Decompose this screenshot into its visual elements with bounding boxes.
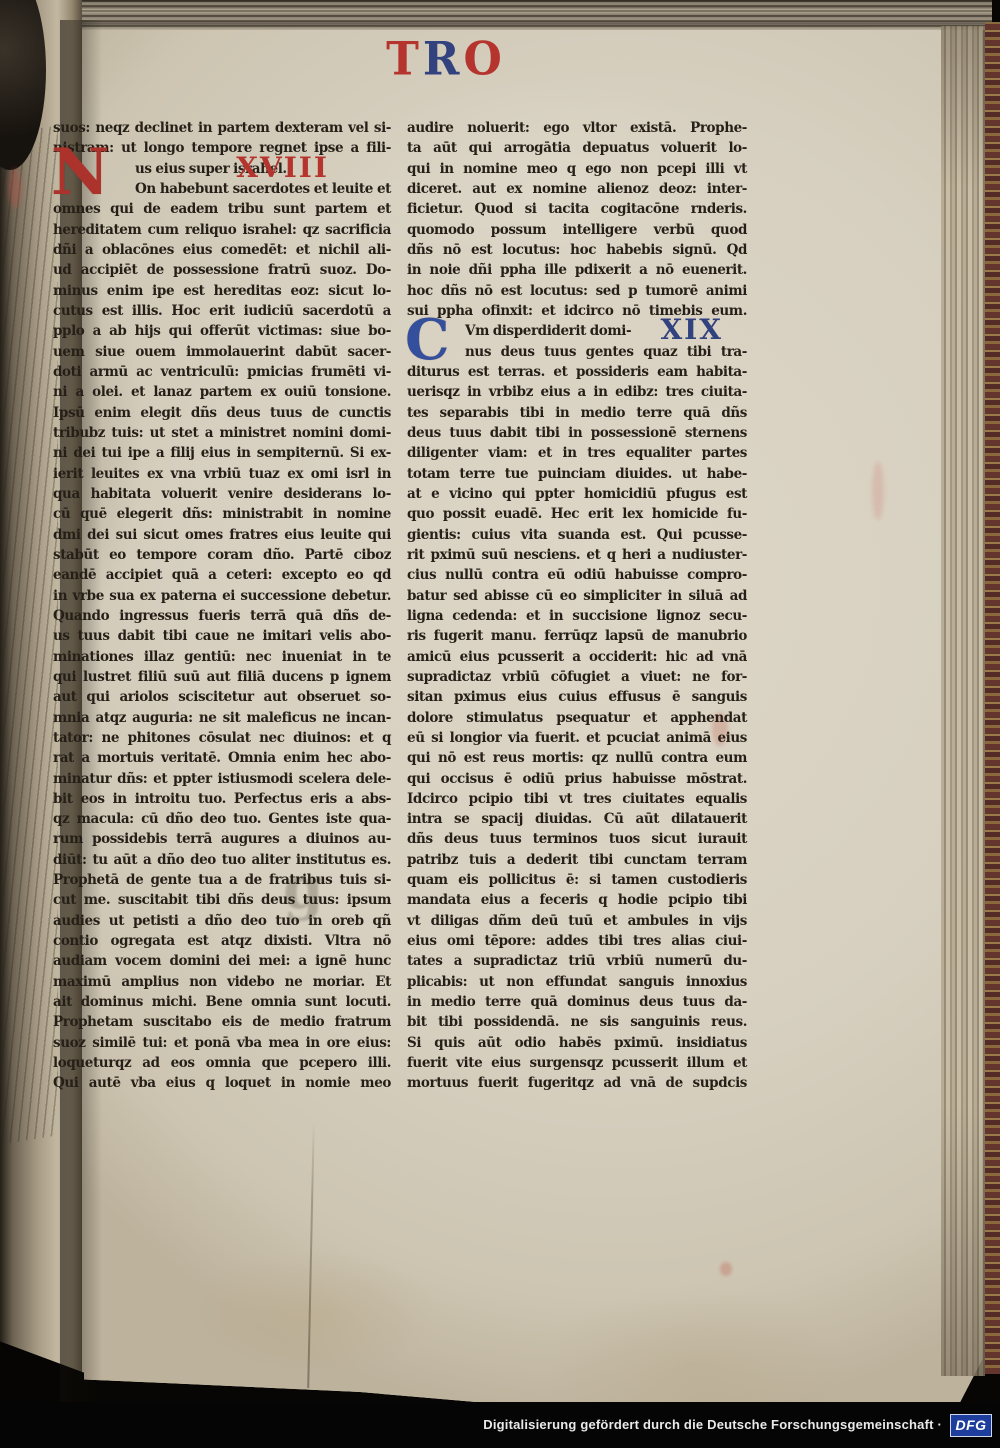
text-line: cutus est illis. Hoc erit iudiciū sacerd…: [53, 301, 391, 321]
text-line: uem siue ouem immolauerint dabūt sacer-: [53, 342, 391, 362]
text-line: cius nullū contra eū odiū habuisse compr…: [407, 565, 747, 585]
text-line: qz macula: cū dño deo tuo. Gentes iste q…: [53, 809, 391, 829]
text-line: maximū amplius non videbo ne moriar. Et: [53, 972, 391, 992]
digitization-credit-bar: Digitalisierung gefördert durch die Deut…: [0, 1402, 1000, 1448]
text-line: rit pximū suū nesciens. et q heri a nudi…: [407, 545, 747, 565]
text-line: cut me. suscitabit tibi dñs deus tuus: i…: [53, 890, 391, 910]
text-line: patribz tuis a dederit tibi cunctam terr…: [407, 850, 747, 870]
fore-edge-page-stack: [941, 26, 985, 1376]
text-line: ud accipiēt de possessione fratrū suoz. …: [53, 260, 391, 280]
text-line: in medio terre quā dominus deus tuus da-: [407, 992, 747, 1012]
text-line: ni dei tui ipe a filij eius in sempitern…: [53, 443, 391, 463]
text-line: aut qui ariolos sciscitetur aut obseruet…: [53, 687, 391, 707]
credit-text: Digitalisierung gefördert durch die Deut…: [483, 1417, 942, 1433]
illuminated-initial: C: [405, 314, 450, 366]
text-line: vt diligas dñm deū tuū et ambules in vij…: [407, 911, 747, 931]
text-line: rat a mortuis veritatē. Omnia enim hec a…: [53, 748, 391, 768]
text-line: in vrbe sua ex paterna ei successione de…: [53, 586, 391, 606]
chapter-number: XIX: [660, 316, 723, 344]
text-line: sitan pximus eius cuius effusus ē sangui…: [407, 687, 747, 707]
text-line: qui nō est reus mortis: qz nullū contra …: [407, 748, 747, 768]
text-line: suoz similē tui: et ponā vba mea in ore …: [53, 1033, 391, 1053]
text-line: minatur dñs: et ppter istiusmodi scelera…: [53, 769, 391, 789]
text-line: ni a olei. et lanaz partem ex ouiū tonsi…: [53, 382, 391, 402]
text-line: dñs deus tuus terminos tuos sicut iuraui…: [407, 829, 747, 849]
chapter-number: XVIII: [236, 154, 329, 182]
facing-page-ghost-text: [0, 125, 58, 1144]
text-line: gientis: cuius vita suanda est. Qui pcus…: [407, 525, 747, 545]
text-line: pplo a ab hijs qui offerūt victimas: siu…: [53, 321, 391, 341]
text-line: diturus est terras. et possideris eam ha…: [407, 362, 747, 382]
text-line: mandata eius a feceris q hodie pcipio ti…: [407, 890, 747, 910]
text-line: fuerit vite eius surgensqz pcusserit ill…: [407, 1053, 747, 1073]
text-line: Qui autē vba eius q loquet in nomie meo: [53, 1073, 391, 1093]
text-line: quam eis pollicitus ē: si tamen custodie…: [407, 870, 747, 890]
text-line: nus deus tuus gentes quaz tibi tra-: [407, 342, 747, 362]
text-line: deus tuus dabit tibi in possessionē ster…: [407, 423, 747, 443]
text-line: bit tibi possidendā. ne sis sanguinis re…: [407, 1012, 747, 1032]
text-line: contio ogregata est atqz dixisti. Vltra …: [53, 931, 391, 951]
text-line: Quando ingressus fueris terrā quā dñs de…: [53, 606, 391, 626]
text-line: batur sed abisse cū eo simpliciter in si…: [407, 586, 747, 606]
text-line: dolore stimulatus psequatur et apphendat: [407, 708, 747, 728]
text-line: quo possit euadē. Hec erit lex homicide …: [407, 504, 747, 524]
text-line: supradictaz vrbiū cōfugiet a viuet: ne f…: [407, 667, 747, 687]
text-line: Ipsū enim elegit dñs deus tuus de cuncti…: [53, 403, 391, 423]
text-line: Si quis aūt odio habēs pximū. insidiatus: [407, 1033, 747, 1053]
illuminated-initial: N: [51, 144, 110, 202]
text-line: dmi dei sui sicut omes fratres eius leui…: [53, 525, 391, 545]
running-title-letter: O: [464, 29, 506, 92]
text-line: Prophetam suscitabo eis de medio fratrum: [53, 1012, 391, 1032]
text-line: diceret. aut ex nomine alienoz deoz: int…: [407, 179, 747, 199]
text-line: ficietur. Quod si tacita cogitacōne rnde…: [407, 199, 747, 219]
text-line: tes separabis tibi in medio terre quā dñ…: [407, 403, 747, 423]
text-line: amicū eius pcusserit a occiderit: hic ad…: [407, 647, 747, 667]
right-text-column: audire noluerit: ego vltor existā. Proph…: [407, 118, 747, 1094]
text-line: loqueturqz ad eos omnia que pcepero illi…: [53, 1053, 391, 1073]
text-line: dñs nō est locutus: hoc habebis signū. Q…: [407, 240, 747, 260]
text-line: hoc dñs nō est locutus: sed p tumorē ani…: [407, 281, 747, 301]
text-line: ta aūt qui arrogātia depuatus voluerit l…: [407, 138, 747, 158]
text-line: eandē accipiet quā a ceteri: excepto eo …: [53, 565, 391, 585]
text-line: diūt: tu aūt a dño deo tuo aliter instit…: [53, 850, 391, 870]
text-line: qui in nomine meo q ego non pcepi illi v…: [407, 159, 747, 179]
running-title: TRO: [346, 30, 546, 90]
running-title-letter: R: [423, 29, 464, 92]
text-line: in noie dñi ppha ille pdixerit a nō euen…: [407, 260, 747, 280]
text-line: mnia atqz auguria: ne sit maleficus ne i…: [53, 708, 391, 728]
text-line: qua habitata voluerit venire desiderans …: [53, 484, 391, 504]
text-line: quomodo possum intelligere verbū quod: [407, 220, 747, 240]
text-line: audies ut petisti a dño deo tuo in oreb …: [53, 911, 391, 931]
text-line: tribubz tuis: ut stet a ministret nomini…: [53, 423, 391, 443]
text-line: tator: ne phitones cōsulat nec diuinos: …: [53, 728, 391, 748]
text-line: eius omi tēpore: addes tibi tres alias c…: [407, 931, 747, 951]
text-line: minationes illaz gentiū: nec inueniat in…: [53, 647, 391, 667]
text-line: audire noluerit: ego vltor existā. Proph…: [407, 118, 747, 138]
text-line: ierit leuites ex vna vrbiū tuaz ex omi i…: [53, 464, 391, 484]
text-line: qui lustret filiū suū aut filiā ducens p…: [53, 667, 391, 687]
text-line: mortuus fuerit fugeritqz ad vnā de supdc…: [407, 1073, 747, 1093]
running-title-letter: T: [386, 29, 423, 92]
text-line: intra se spacij diuidas. Cū aūt dilataue…: [407, 809, 747, 829]
text-line: ait dominus michi. Bene omnia sunt locut…: [53, 992, 391, 1012]
text-line: stabūt eo tempore coram dño. Partē ciboz: [53, 545, 391, 565]
text-line: hereditatem cum reliquo israhel: qz sacr…: [53, 220, 391, 240]
text-line: Prophetā de gente tua a de fratribus tui…: [53, 870, 391, 890]
text-line: uerisqz in vrbibz eius a in edibz: tres …: [407, 382, 747, 402]
book-cover-edge: [985, 22, 1000, 1374]
text-line: eū si longior via fuerit. et pcuciat ani…: [407, 728, 747, 748]
text-line: cū quē elegerit dñs: ministrabit in nomi…: [53, 504, 391, 524]
text-line: dñi a oblacōnes eius comedēt: et nichil …: [53, 240, 391, 260]
text-line: totam terre tue puinciam diuides. ut hab…: [407, 464, 747, 484]
dfg-logo: DFG: [950, 1414, 992, 1437]
text-line: ligna cedenda: et in succisione lignoz s…: [407, 606, 747, 626]
text-line: plicabis: ut non effundat sanguis innoxi…: [407, 972, 747, 992]
text-line: rum possidebis terrā augures a diuinos a…: [53, 829, 391, 849]
text-line: Vm disperdiderit domi-XIX: [407, 321, 747, 341]
text-line: diligenter viam: et in tres equaliter pa…: [407, 443, 747, 463]
text-line: us tuus dabit tibi caue ne imitari velis…: [53, 626, 391, 646]
text-line: qui occisus ē odiū prius habuisse mōstra…: [407, 769, 747, 789]
text-line: Idcirco pcipio tibi vt tres ciuitates eq…: [407, 789, 747, 809]
book-top-page-edges: [14, 0, 992, 30]
text-line: tates a supradictaz triū vrbiū numerū du…: [407, 951, 747, 971]
text-line: audiam vocem domini dei mei: a ignē hunc: [53, 951, 391, 971]
text-line: at e vicino qui ppter homicidiū pfugus e…: [407, 484, 747, 504]
text-line: minus enim ipe est hereditas eoz: sicut …: [53, 281, 391, 301]
text-line: ris fugerit manu. ferrūqz lapsū de manub…: [407, 626, 747, 646]
text-line: doti armū ac ventriculū: pmicias frumēti…: [53, 362, 391, 382]
left-text-column: suos: neqz declinet in partem dexteram v…: [53, 118, 391, 1094]
text-line: bit eos in introitu tuo. Perfectus eris …: [53, 789, 391, 809]
